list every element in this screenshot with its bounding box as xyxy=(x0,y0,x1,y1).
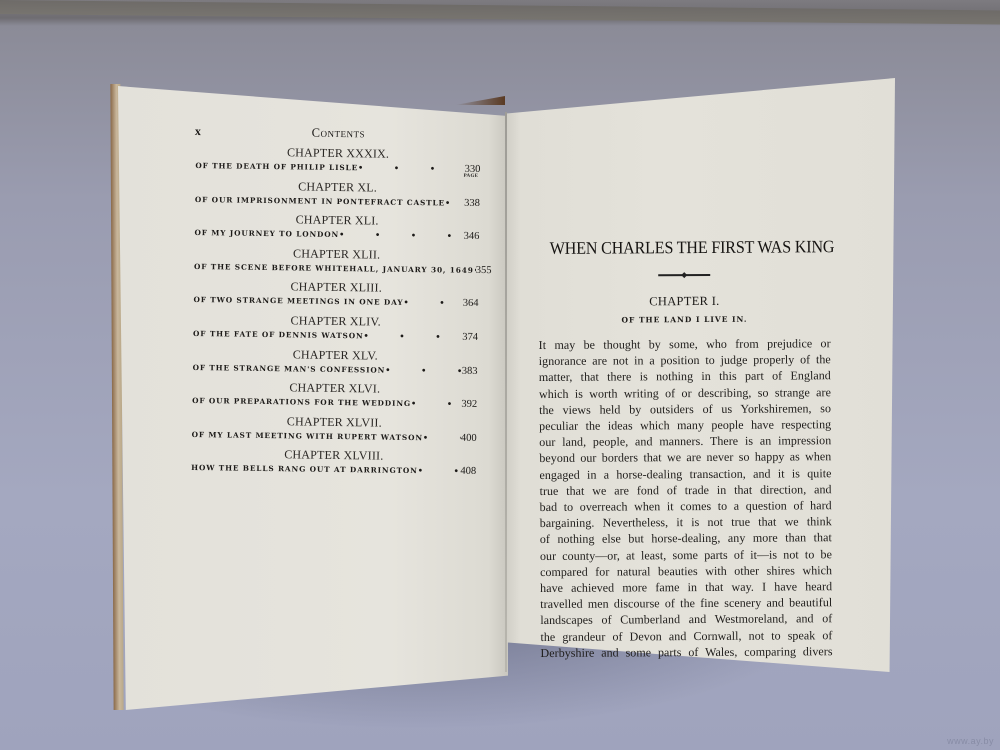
leader-dots: • • • xyxy=(423,431,461,445)
chapter-subtitle: OF THE LAND I LIVE IN. xyxy=(538,314,830,325)
text-line: which is worth writing of or describing,… xyxy=(539,384,831,402)
chapter-title: Of two strange meetings in one day xyxy=(193,293,403,309)
chapter-list: CHAPTER XXXIX.Of the death of Philip Lis… xyxy=(191,143,481,483)
leader-dots: • • • • xyxy=(363,329,462,343)
leader-dots: • • xyxy=(445,196,464,209)
ornament-divider xyxy=(658,274,710,276)
background-top-edge xyxy=(0,0,1000,24)
chapter-title: Of the strange man's confession xyxy=(193,361,386,377)
chapter-page-number: 338 xyxy=(464,196,480,209)
text-line: landscapes of Cumberland and Westmorelan… xyxy=(540,611,832,629)
toc-entry: CHAPTER XL.Of our imprisonment in Pontef… xyxy=(195,177,480,215)
table-of-contents: x Contents PAGE CHAPTER XXXIX.Of the dea… xyxy=(191,124,481,483)
text-line: matter, that there is nothing in this pa… xyxy=(539,368,831,386)
text-line: ignorance are not in a position to judge… xyxy=(539,351,831,369)
book-spine-gutter xyxy=(505,112,507,672)
chapter-row: How the bells rang out at Darrington• • … xyxy=(191,461,476,478)
chapter-title: Of the death of Philip Lisle xyxy=(195,159,358,174)
chapter-row: Of our preparations for the wedding• • •… xyxy=(192,394,477,411)
chapter-title: Of our imprisonment in Pontefract Castle xyxy=(195,193,445,209)
text-line: our land, people, and manners. There is … xyxy=(539,432,831,450)
chapter-row: Of my journey to London• • • •346 xyxy=(194,226,479,243)
book-spine-binding xyxy=(455,96,505,105)
leader-dots: • • • • xyxy=(358,161,465,175)
leader-dots: • • • • xyxy=(385,363,462,377)
text-line: bargaining. Nevertheless, it is not true… xyxy=(540,513,832,531)
chapter-title: Of my last meeting with Rupert Watson xyxy=(192,428,423,444)
chapter-row: Of my last meeting with Rupert Watson• •… xyxy=(192,428,477,445)
page-number-marker: x xyxy=(195,124,201,139)
text-line: our county—or, at least, some parts of i… xyxy=(540,546,832,564)
chapter-row: Of the fate of Dennis Watson• • • •374 xyxy=(193,327,478,344)
text-line: true that we are fond of trade in that d… xyxy=(539,481,831,499)
leader-dots: • • • xyxy=(418,464,461,478)
chapter-row: Of our imprisonment in Pontefract Castle… xyxy=(195,193,480,210)
text-line: bad to overreach when it comes to a ques… xyxy=(540,497,832,515)
toc-entry: CHAPTER XLII.Of the scene before Whiteha… xyxy=(194,244,479,282)
chapter-page-number: 392 xyxy=(461,398,477,411)
text-line: compared for natural beauties with other… xyxy=(540,562,832,580)
chapter-page-number: 330 xyxy=(465,163,481,176)
text-line: beyond our borders that we are never so … xyxy=(539,449,831,467)
text-line: of nothing else but horse-dealing, any m… xyxy=(540,530,832,548)
leader-dots: • • • xyxy=(411,397,461,411)
text-line: It may be thought by some, who from prej… xyxy=(539,335,831,353)
contents-heading: Contents xyxy=(196,124,481,143)
text-line: peculiar the ideas which many people hav… xyxy=(539,416,831,434)
chapter-page-number: 346 xyxy=(464,230,480,243)
text-line: engaged in a horse-dealing transaction, … xyxy=(539,465,831,483)
toc-entry: CHAPTER XLVI.Of our preparations for the… xyxy=(192,378,477,416)
chapter-page-number: 383 xyxy=(462,364,478,377)
chapter-title: How the bells rang out at Darrington xyxy=(191,461,418,477)
chapter-row: Of the scene before Whitehall, January 3… xyxy=(194,260,479,277)
text-line: the views held by outsiders of us Yorksh… xyxy=(539,400,831,418)
chapter-page-number: 355 xyxy=(476,264,492,277)
chapter-row: Of the strange man's confession• • • •38… xyxy=(193,361,478,378)
chapter-title: Of our preparations for the wedding xyxy=(192,394,411,410)
watermark: www.ay.by xyxy=(947,736,994,746)
chapter-title: Of the scene before Whitehall, January 3… xyxy=(194,260,474,277)
chapter-page-number: 400 xyxy=(461,431,477,444)
chapter-row: Of the death of Philip Lisle• • • •330 xyxy=(195,159,480,176)
chapter-body-text: It may be thought by some, who from prej… xyxy=(539,335,833,661)
chapter-heading: CHAPTER I. xyxy=(538,293,830,310)
text-line: Derbyshire and some parts of Wales, comp… xyxy=(540,643,832,661)
toc-entry: CHAPTER XXXIX.Of the death of Philip Lis… xyxy=(195,143,480,181)
text-line: travelled men discourse of the fine scen… xyxy=(540,594,832,612)
toc-entry: CHAPTER XLIV.Of the fate of Dennis Watso… xyxy=(193,311,478,349)
chapter-title: Of the fate of Dennis Watson xyxy=(193,327,364,342)
chapter-page-number: 408 xyxy=(460,465,476,478)
chapter-one-page: WHEN CHARLES THE FIRST WAS KING CHAPTER … xyxy=(538,236,833,661)
leader-dots: • • • xyxy=(403,296,462,310)
toc-entry: CHAPTER XLIII.Of two strange meetings in… xyxy=(193,277,478,315)
toc-entry: CHAPTER XLI.Of my journey to London• • •… xyxy=(194,210,479,248)
text-line: the grandeur of Devon and Cornwall, not … xyxy=(540,627,832,645)
leader-dots: • • • • xyxy=(339,228,464,243)
text-line: have achieved more fame in that way. I h… xyxy=(540,578,832,596)
toc-entry: CHAPTER XLVIII.How the bells rang out at… xyxy=(191,445,476,483)
chapter-page-number: 364 xyxy=(463,297,479,310)
chapter-title: Of my journey to London xyxy=(194,226,339,241)
chapter-row: Of two strange meetings in one day• • •3… xyxy=(193,293,478,310)
book-title: WHEN CHARLES THE FIRST WAS KING xyxy=(550,236,819,259)
chapter-page-number: 374 xyxy=(462,331,478,344)
toc-entry: CHAPTER XLV.Of the strange man's confess… xyxy=(192,345,477,383)
toc-entry: CHAPTER XLVII.Of my last meeting with Ru… xyxy=(192,412,477,450)
